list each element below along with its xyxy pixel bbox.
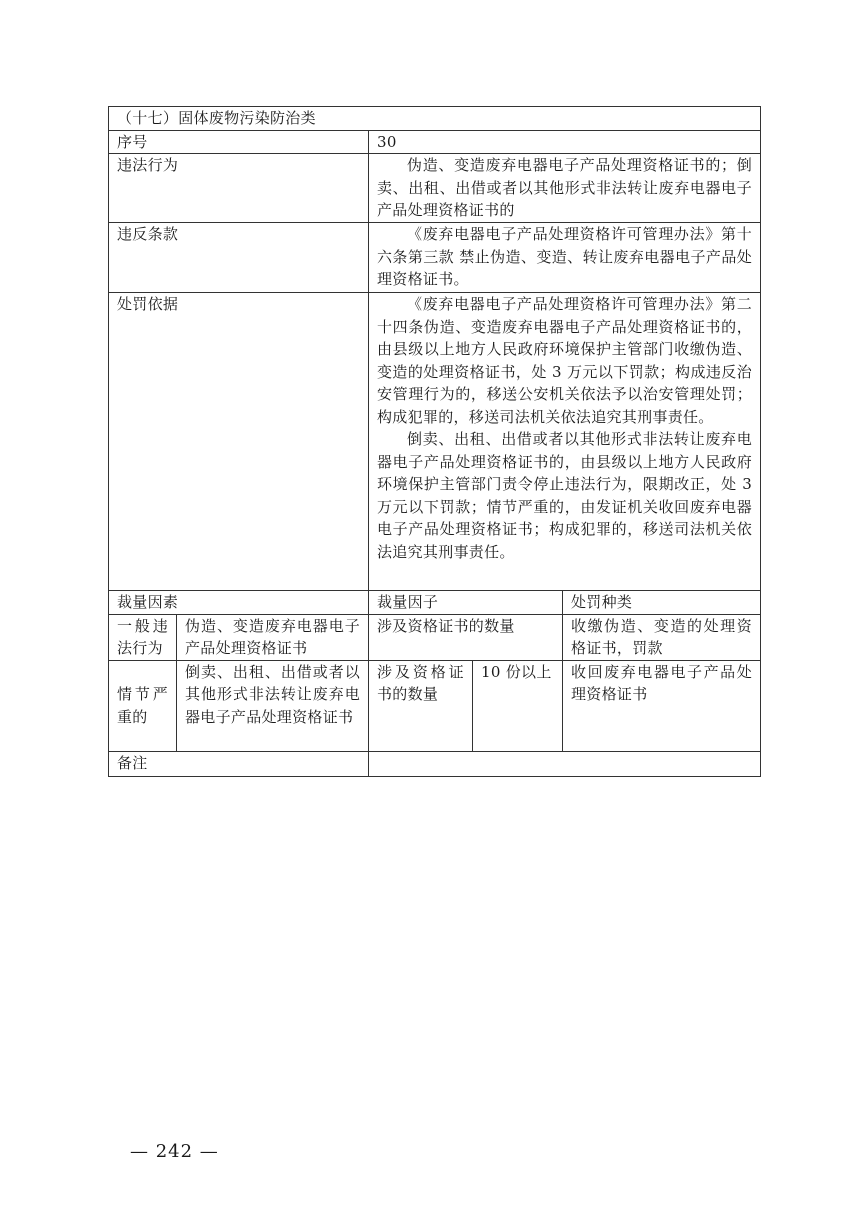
- penalty-basis-paragraph-1: 《废弃电器电子产品处理资格许可管理办法》第二十四条伪造、变造废弃电器电子产品处理…: [377, 293, 752, 428]
- violated-clause-value: 《废弃电器电子产品处理资格许可管理办法》第十六条第三款 禁止伪造、变造、转让废弃…: [369, 223, 761, 293]
- violation-value: 伪造、变造废弃电器电子产品处理资格证书的；倒卖、出租、出借或者以其他形式非法转让…: [369, 154, 761, 223]
- discretion-factors-header: 裁量因素: [109, 591, 369, 615]
- violated-clause-label: 违反条款: [109, 223, 369, 293]
- serious-circumstance: 倒卖、出租、出借或者以其他形式非法转让废弃电器电子产品处理资格证书: [177, 660, 369, 751]
- remarks-label: 备注: [109, 751, 369, 776]
- violation-label: 违法行为: [109, 154, 369, 223]
- general-penalty: 收缴伪造、变造的处理资格证书，罚款: [563, 614, 761, 660]
- serious-level: 情节严重的: [109, 660, 177, 751]
- remarks-value: [369, 751, 761, 776]
- serial-value: 30: [369, 130, 761, 154]
- general-circumstance: 伪造、变造废弃电器电子产品处理资格证书: [177, 614, 369, 660]
- page-number: — 242 —: [130, 1141, 219, 1162]
- violation-text: 伪造、变造废弃电器电子产品处理资格证书的；倒卖、出租、出借或者以其他形式非法转让…: [377, 154, 752, 222]
- serious-threshold: 10 份以上: [473, 660, 563, 751]
- violated-clause-text: 《废弃电器电子产品处理资格许可管理办法》第十六条第三款 禁止伪造、变造、转让废弃…: [377, 223, 752, 291]
- penalty-discretion-table: （十七）固体废物污染防治类 序号 30 违法行为 伪造、变造废弃电器电子产品处理…: [108, 106, 761, 777]
- serious-factor: 涉及资格证书的数量: [369, 660, 473, 751]
- discretion-items-header: 裁量因子: [369, 591, 563, 615]
- general-factor: 涉及资格证书的数量: [369, 614, 563, 660]
- category-title: （十七）固体废物污染防治类: [109, 107, 761, 131]
- penalty-basis-paragraph-2: 倒卖、出租、出借或者以其他形式非法转让废弃电器电子产品处理资格证书的，由县级以上…: [377, 428, 752, 563]
- penalty-basis-value: 《废弃电器电子产品处理资格许可管理办法》第二十四条伪造、变造废弃电器电子产品处理…: [369, 293, 761, 591]
- penalty-types-header: 处罚种类: [563, 591, 761, 615]
- serial-label: 序号: [109, 130, 369, 154]
- document-page: （十七）固体废物污染防治类 序号 30 违法行为 伪造、变造废弃电器电子产品处理…: [0, 0, 868, 1227]
- penalty-basis-label: 处罚依据: [109, 293, 369, 591]
- general-level: 一般违法行为: [109, 614, 177, 660]
- serious-penalty: 收回废弃电器电子产品处理资格证书: [563, 660, 761, 751]
